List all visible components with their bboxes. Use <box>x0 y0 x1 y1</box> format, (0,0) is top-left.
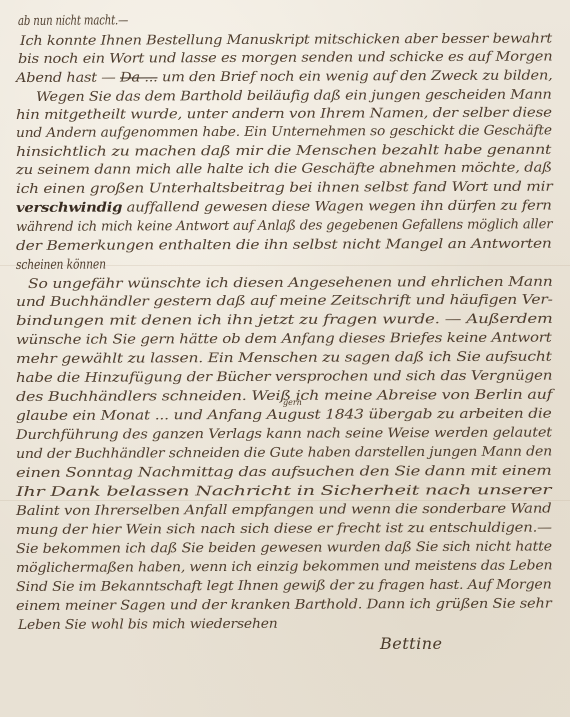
handwritten-line: ab nun nicht macht.— <box>18 12 128 31</box>
handwritten-line: mehr gewählt zu lassen. Ein Menschen zu … <box>16 349 552 369</box>
overwritten-word: verschwindig <box>16 201 122 216</box>
handwritten-line: Leben Sie wohl bis mich wiedersehen <box>18 616 278 635</box>
handwritten-line: Durchführung des ganzen Verlags kann nac… <box>16 424 552 445</box>
handwritten-line: So ungefähr wünschte ich diesen Angesehe… <box>28 274 553 294</box>
handwritten-line: wünsche ich Sie gern hätte ob dem Anfang… <box>16 330 552 350</box>
interlinear-insert: gern <box>283 398 302 407</box>
handwritten-line: Abend hast — Da ... um den Brief noch ei… <box>16 67 553 88</box>
handwritten-line: Sind Sie im Bekanntschaft legt Ihnen gew… <box>16 576 552 597</box>
handwritten-line: bindungen mit denen ich ihn jetzt zu fra… <box>16 311 553 331</box>
handwritten-line: einen Sonntag Nachmittag das aufsuchen d… <box>16 463 552 483</box>
handwritten-line: glaube ein Monat ... und Anfang August 1… <box>16 406 552 426</box>
signature: Bettine <box>380 634 442 653</box>
handwritten-line: Balint von Ihrerselben Anfall empfangen … <box>16 501 552 521</box>
struck-through-word: Da ... <box>120 70 158 85</box>
handwritten-line: scheinen können <box>16 256 106 275</box>
handwritten-line: der Bemerkungen enthalten die ihn selbst… <box>16 236 552 256</box>
handwritten-line: einem meiner Sagen und der kranken Barth… <box>16 595 552 616</box>
letter-page: ab nun nicht macht.—Ich konnte Ihnen Bes… <box>0 0 570 717</box>
handwritten-line: möglichermaßen haben, wenn ich einzig be… <box>16 557 552 578</box>
handwritten-line: während ich mich keine Antwort auf Anlaß… <box>16 216 552 237</box>
handwritten-line: verschwindig auffallend gewesen diese Wa… <box>16 197 552 218</box>
handwritten-line: mung der hier Wein sich nach sich diese … <box>16 520 552 540</box>
handwritten-line: habe die Hinzufügung der Bücher versproc… <box>16 368 552 388</box>
handwritten-line: bis noch ein Wort und lasse es morgen se… <box>18 48 552 69</box>
handwritten-line: zu seinem dann mich alle halte ich die G… <box>16 160 552 180</box>
handwritten-line: Sie bekommen ich daß Sie beiden gewesen … <box>16 538 552 559</box>
handwritten-line: Ihr Dank belassen Nachricht in Sicherhei… <box>16 482 551 502</box>
handwritten-line: ich einen großen Unterhaltsbeitrag bei i… <box>16 179 553 199</box>
handwritten-line: und der Buchhändler schneiden die Gute h… <box>16 443 552 464</box>
handwritten-line: und Buchhändler gestern daß auf meine Ze… <box>16 292 553 312</box>
handwritten-line: und Andern aufgenommen habe. Ein Unterne… <box>16 122 552 143</box>
